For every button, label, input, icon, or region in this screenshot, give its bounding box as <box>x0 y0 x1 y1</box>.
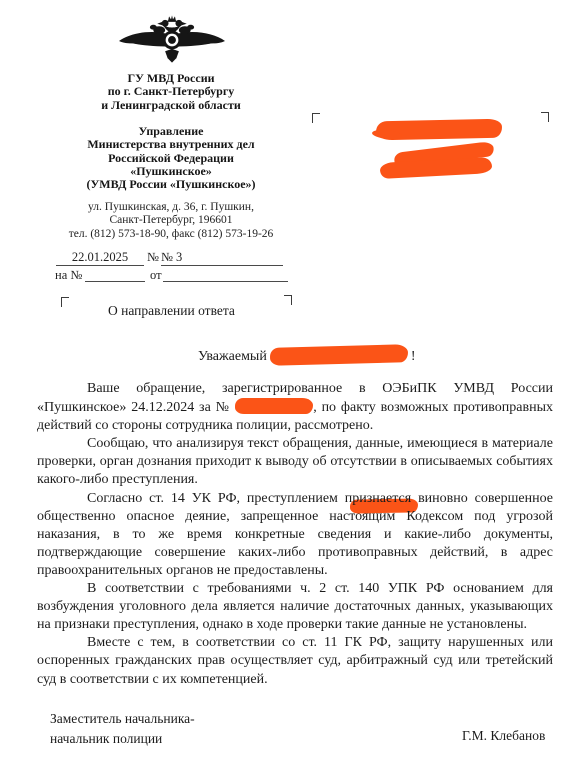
greeting-line: Уважаемый! <box>198 346 416 365</box>
reply-from-label: от <box>150 268 162 283</box>
mvd-emblem-eagle-icon <box>118 15 226 68</box>
letterhead-address-block: ул. Пушкинская, д. 36, г. Пушкин, Санкт-… <box>43 201 299 241</box>
division-line: «Пушкинское» <box>56 165 286 178</box>
letter-number-visible: № 3 <box>161 250 182 264</box>
org-line: по г. Санкт-Петербургу <box>56 85 286 98</box>
signer-title: Заместитель начальника- начальник полици… <box>50 709 195 748</box>
reply-number-blank <box>85 268 145 282</box>
division-line: Российской Федерации <box>56 152 286 165</box>
org-line: ГУ МВД России <box>56 72 286 85</box>
redaction-addressee-name <box>270 344 408 366</box>
paragraph: Согласно ст. 14 УК РФ, преступлением при… <box>37 490 553 580</box>
address-zone-corner-mark-left <box>312 113 320 123</box>
paragraph: Ваше обращение, зарегистрированное в ОЭБ… <box>37 380 553 435</box>
address-zone-corner-mark-right <box>541 112 549 122</box>
address-line: ул. Пушкинская, д. 36, г. Пушкин, <box>43 201 299 214</box>
division-line: Управление <box>56 125 286 138</box>
subject-zone-corner-mark-right <box>284 295 292 305</box>
signer-name: Г.М. Клебанов <box>462 728 545 744</box>
reply-date-blank <box>163 268 288 282</box>
letter-number: № 3 <box>161 250 283 266</box>
division-line: (УМВД России «Пушкинское») <box>56 178 286 191</box>
greeting-suffix: ! <box>411 349 416 364</box>
letter-body: Ваше обращение, зарегистрированное в ОЭБ… <box>37 380 553 689</box>
greeting-prefix: Уважаемый <box>198 349 267 364</box>
subject-zone-corner-mark-left <box>61 297 69 307</box>
signer-title-line: начальник полиции <box>50 729 195 749</box>
paragraph: В соответствии с требованиями ч. 2 ст. 1… <box>37 580 553 634</box>
paragraph: Сообщаю, что анализируя текст обращения,… <box>37 435 553 489</box>
signer-title-line: Заместитель начальника- <box>50 709 195 729</box>
reply-to-number-label: на № <box>55 268 82 283</box>
address-line: Санкт-Петербург, 196601 <box>43 214 299 227</box>
subject-line: О направлении ответа <box>108 303 235 319</box>
letterhead-division-block: Управление Министерства внутренних дел Р… <box>56 125 286 191</box>
division-line: Министерства внутренних дел <box>56 138 286 151</box>
redaction-registration-number <box>235 398 313 414</box>
org-line: и Ленинградской области <box>56 99 286 112</box>
scanned-official-letter: ГУ МВД России по г. Санкт-Петербургу и Л… <box>0 0 570 771</box>
address-line: тел. (812) 573-18-90, факс (812) 573-19-… <box>43 228 299 241</box>
number-sign-label: № <box>147 250 159 265</box>
letterhead-org-block: ГУ МВД России по г. Санкт-Петербургу и Л… <box>56 72 286 112</box>
letter-date: 22.01.2025 <box>56 250 144 266</box>
paragraph: Вместе с тем, в соответствии со ст. 11 Г… <box>37 634 553 688</box>
